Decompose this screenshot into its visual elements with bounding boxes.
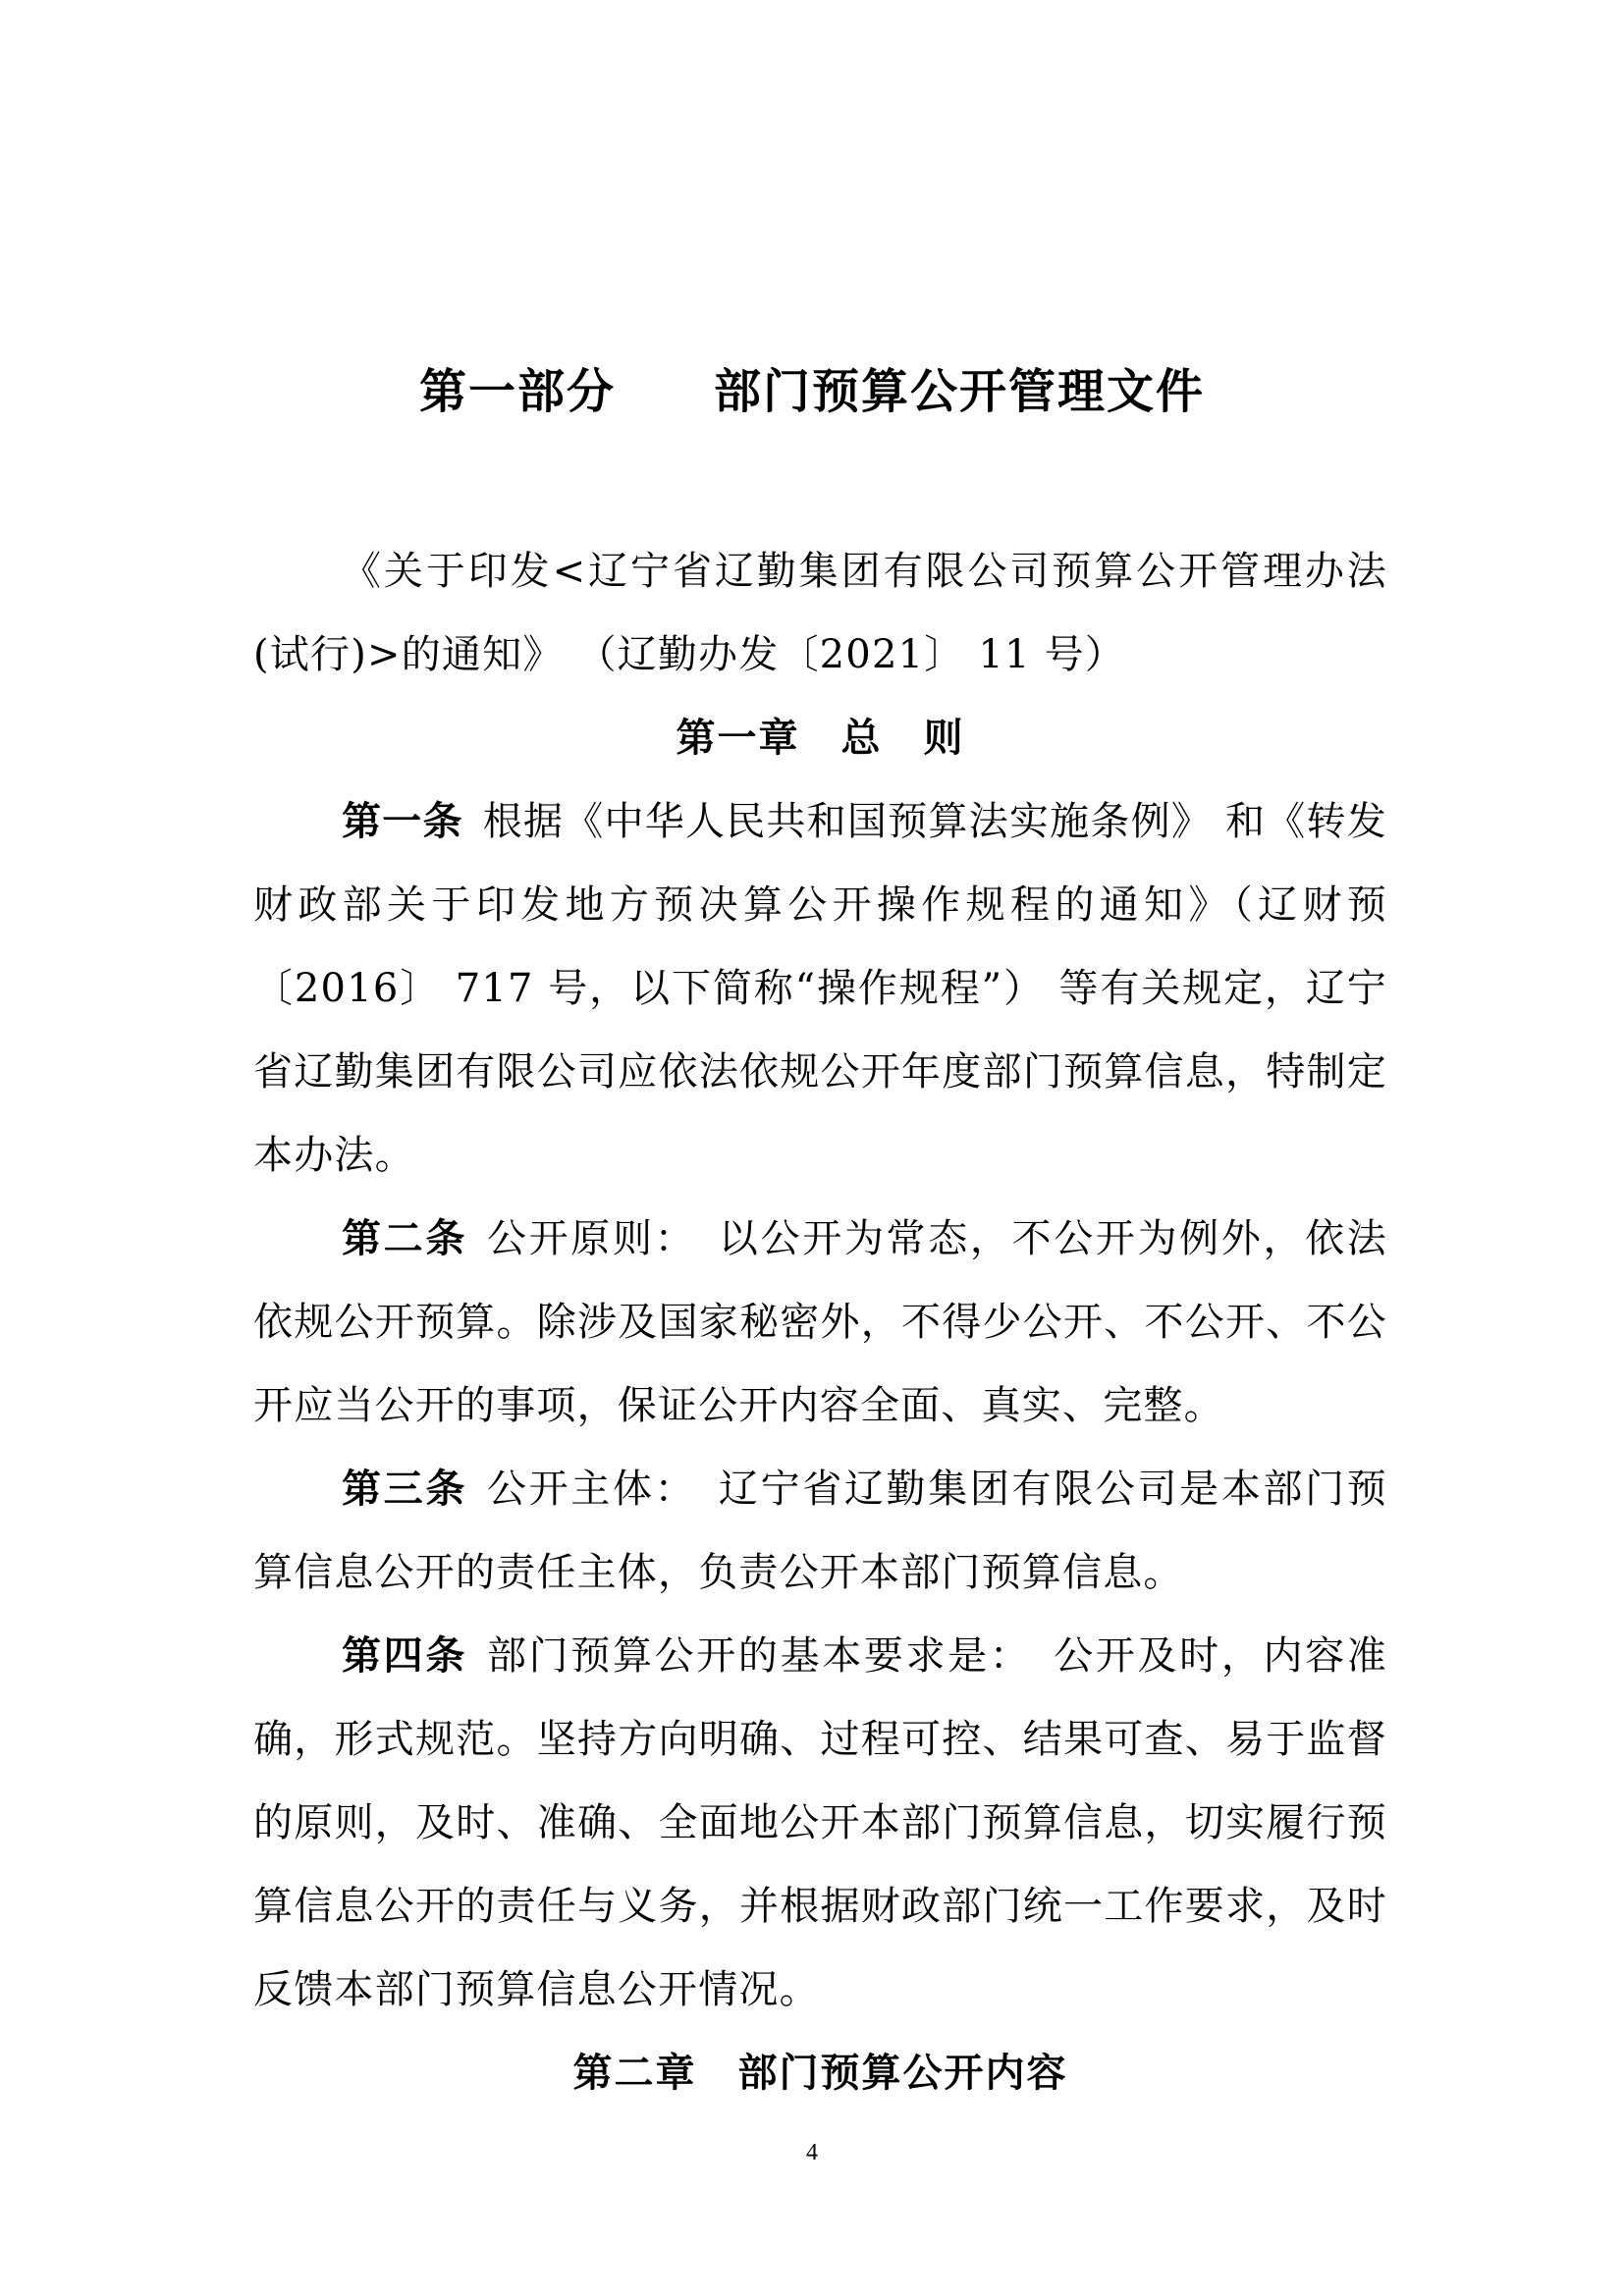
part-title: 第一部分部门预算公开管理文件: [0, 353, 1624, 421]
article-1: 第一条根据《中华人民共和国预算法实施条例》 和《转发财政部关于印发地方预决算公开…: [253, 780, 1387, 1198]
chapter-1-heading: 第一章 总 则: [253, 697, 1387, 780]
article-4: 第四条部门预算公开的基本要求是： 公开及时，内容准确，形式规范。坚持方向明确、过…: [253, 1615, 1387, 2032]
article-3-label: 第三条: [342, 1467, 467, 1512]
article-1-label: 第一条: [342, 799, 463, 844]
page-number: 4: [0, 2140, 1624, 2166]
document-body: 《关于印发<辽宁省辽勤集团有限公司预算公开管理办法(试行)>的通知》 （辽勤办发…: [253, 530, 1387, 2115]
article-4-label: 第四条: [342, 1633, 467, 1679]
article-4-text: 部门预算公开的基本要求是： 公开及时，内容准确，形式规范。坚持方向明确、过程可控…: [253, 1633, 1387, 2012]
part-label: 第一部分: [419, 364, 616, 419]
article-1-text: 根据《中华人民共和国预算法实施条例》 和《转发财政部关于印发地方预决算公开操作规…: [253, 799, 1387, 1178]
article-2: 第二条公开原则： 以公开为常态，不公开为例外，依法依规公开预算。除涉及国家秘密外…: [253, 1198, 1387, 1448]
chapter-2-heading: 第二章 部门预算公开内容: [253, 2032, 1387, 2115]
notice-title: 《关于印发<辽宁省辽勤集团有限公司预算公开管理办法(试行)>的通知》 （辽勤办发…: [253, 530, 1387, 697]
article-3: 第三条公开主体： 辽宁省辽勤集团有限公司是本部门预算信息公开的责任主体，负责公开…: [253, 1448, 1387, 1615]
part-name: 部门预算公开管理文件: [714, 364, 1205, 419]
article-2-label: 第二条: [342, 1216, 467, 1261]
